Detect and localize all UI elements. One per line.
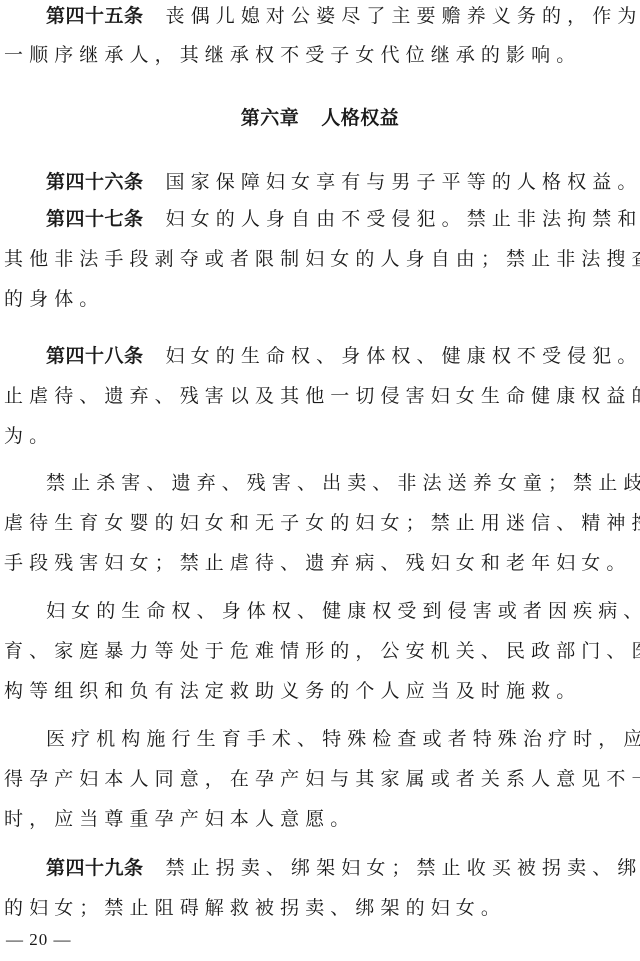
- article-48-p2-line-1: 禁止杀害、遗弃、残害、出卖、非法送养女童；禁止歧视、: [46, 471, 640, 495]
- article-49-line-2: 的妇女；禁止阻碍解救被拐卖、绑架的妇女。: [4, 896, 638, 920]
- article-48-p3-line-1: 妇女的生命权、身体权、健康权受到侵害或者因疾病、生: [46, 599, 640, 623]
- chapter-number: 第六章: [241, 107, 300, 129]
- chapter-title: 人格权益: [321, 107, 399, 129]
- article-47-line-3: 的身体。: [4, 287, 638, 311]
- article-48-p2-line-3: 手段残害妇女；禁止虐待、遗弃病、残妇女和老年妇女。: [4, 551, 638, 575]
- article-46-text: 国家保障妇女享有与男子平等的人格权益。: [166, 171, 640, 193]
- chapter-heading: 第六章人格权益: [0, 106, 640, 130]
- article-47-label: 第四十七条: [46, 208, 144, 230]
- article-48-p2-line-2: 虐待生育女婴的妇女和无子女的妇女；禁止用迷信、精神控制等: [4, 511, 638, 535]
- article-48-line-1: 第四十八条妇女的生命权、身体权、健康权不受侵犯。禁: [46, 344, 640, 368]
- article-48-p4-line-3: 时，应当尊重孕产妇本人意愿。: [4, 807, 638, 831]
- article-48-label: 第四十八条: [46, 345, 144, 367]
- document-page: 第四十五条丧偶儿媳对公婆尽了主要赡养义务的，作为第 一顺序继承人，其继承权不受子…: [0, 0, 640, 961]
- article-45-line-2: 一顺序继承人，其继承权不受子女代位继承的影响。: [4, 43, 638, 67]
- article-48-text: 妇女的生命权、身体权、健康权不受侵犯。禁: [166, 345, 640, 367]
- article-47-line-1: 第四十七条妇女的人身自由不受侵犯。禁止非法拘禁和以: [46, 207, 640, 231]
- page-number: — 20 —: [6, 930, 72, 950]
- article-48-line-2: 止虐待、遗弃、残害以及其他一切侵害妇女生命健康权益的行: [4, 384, 638, 408]
- article-48-p4-line-1: 医疗机构施行生育手术、特殊检查或者特殊治疗时，应当征: [46, 727, 640, 751]
- article-48-p3-line-2: 育、家庭暴力等处于危难情形的，公安机关、民政部门、医疗机: [4, 639, 638, 663]
- article-46-line-1: 第四十六条国家保障妇女享有与男子平等的人格权益。: [46, 170, 640, 194]
- article-49-text: 禁止拐卖、绑架妇女；禁止收买被拐卖、绑架: [166, 857, 640, 879]
- article-45-label: 第四十五条: [46, 5, 144, 27]
- article-45-text: 丧偶儿媳对公婆尽了主要赡养义务的，作为第: [166, 5, 640, 27]
- article-48-line-3: 为。: [4, 424, 638, 448]
- article-49-line-1: 第四十九条禁止拐卖、绑架妇女；禁止收买被拐卖、绑架: [46, 856, 640, 880]
- article-47-line-2: 其他非法手段剥夺或者限制妇女的人身自由；禁止非法搜查妇女: [4, 247, 638, 271]
- article-48-p3-line-3: 构等组织和负有法定救助义务的个人应当及时施救。: [4, 679, 638, 703]
- article-45-line-1: 第四十五条丧偶儿媳对公婆尽了主要赡养义务的，作为第: [46, 4, 640, 28]
- article-47-text: 妇女的人身自由不受侵犯。禁止非法拘禁和以: [166, 208, 640, 230]
- article-46-label: 第四十六条: [46, 171, 144, 193]
- article-49-label: 第四十九条: [46, 857, 144, 879]
- article-48-p4-line-2: 得孕产妇本人同意，在孕产妇与其家属或者关系人意见不一致: [4, 767, 638, 791]
